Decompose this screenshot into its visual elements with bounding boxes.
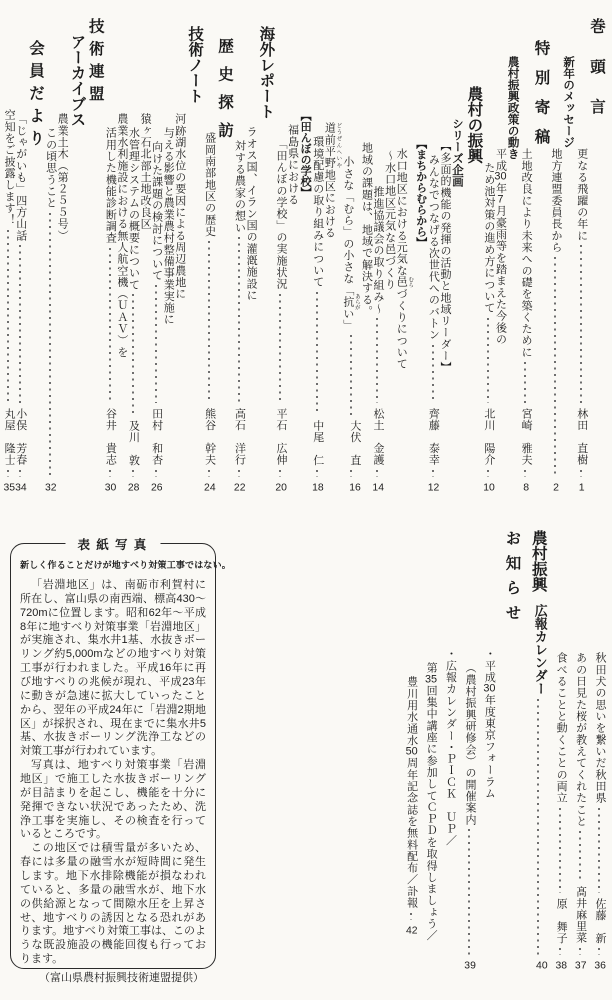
leader-dots xyxy=(593,944,605,958)
section-header-kantogen: 巻頭言 xyxy=(587,10,605,492)
toc-item-author: 小俣 芳春 xyxy=(14,408,26,465)
toc-item-title: 「田んぼの学校」の実施状況 xyxy=(274,138,286,290)
leader-dots xyxy=(150,466,162,480)
toc-item-title: 更なる飛躍の年に xyxy=(575,148,587,241)
section-header-rekishi: 歴史探訪 xyxy=(215,10,233,492)
leader-dots xyxy=(233,233,245,406)
toc-item-title: ・広報カレンダー・ＰＩＣＫ ＵＰ／ xyxy=(444,648,456,846)
toc-item: 盛岡南部地区の歴史 熊谷 幹夫 24 xyxy=(203,10,215,492)
toc-item-line: 水管理システムの概要について 及川 敦 28 xyxy=(127,10,139,492)
section-subheader-series: シリーズ企画 xyxy=(450,10,464,492)
toc-item-author: 北川 陽介 xyxy=(482,408,494,465)
toc-item-title: この頃思うこと xyxy=(44,127,56,209)
subsection-header-tanbo: 【田んぼの学校】 xyxy=(298,10,312,492)
leader-dots xyxy=(127,466,139,480)
toc-item-title: 豊川用水通水50周年記念誌を無料配布／訃報 xyxy=(405,676,417,909)
section-header-renmei: 技術連盟 xyxy=(85,10,103,492)
leader-dots xyxy=(405,909,417,923)
subsection-header-label: 【田んぼの学校】 xyxy=(299,110,311,198)
toc-item-author: 高石 洋行 xyxy=(233,408,245,465)
toc-item-author: 平石 広伸 xyxy=(274,408,286,465)
leader-dots xyxy=(575,241,587,406)
leader-dots xyxy=(274,466,286,480)
toc-item-author: 中尾 仁 xyxy=(311,420,323,466)
section-header-koho-calendar: 農村振興 広報カレンダー 40 xyxy=(528,520,546,970)
toc-item-title: 対する農家の想い xyxy=(233,140,245,233)
toc-item-title: 地方連盟委員長から xyxy=(549,148,561,253)
leader-dots xyxy=(311,466,323,480)
toc-item-author: 佐藤 新 xyxy=(593,898,605,944)
toc-item-page: 38 xyxy=(555,960,567,971)
leader-dots xyxy=(233,466,245,480)
toc-item-line: 地域の課題は、地域で解決する。 xyxy=(360,10,372,492)
toc-item-page: 18 xyxy=(311,482,323,493)
toc-item: 秋田犬の思いを繋いだ秋田県 佐藤 新 36 xyxy=(593,520,605,970)
toc-item: 地方連盟委員長から 2 xyxy=(549,10,561,492)
section-subheader-label: シリーズ企画 xyxy=(451,118,463,187)
leader-dots xyxy=(372,314,384,406)
toc-item-line: 対する農家の想い 高石 洋行 22 xyxy=(233,10,245,492)
toc-item-page: 28 xyxy=(127,482,139,493)
section-header-label: 技術ノート xyxy=(186,26,202,104)
toc-item-page: 16 xyxy=(341,482,360,493)
toc-item-line: 向けた課題の検討について 田村 和杏 26 xyxy=(150,10,162,492)
toc-item-line: ・広報カレンダー・ＰＩＣＫ ＵＰ／ xyxy=(444,520,456,970)
toc-item-author: 谷井 貴志 xyxy=(104,408,116,465)
toc-item-page: 10 xyxy=(482,482,494,493)
toc-item: 食べることと動くことの両立 原 舞子 38 xyxy=(555,520,567,970)
section-header-kaigai: 海外レポート xyxy=(256,10,274,492)
leader-dots xyxy=(3,466,15,480)
toc-item: 空知をご披露します！ 丸屋 隆士 35 xyxy=(3,10,15,492)
toc-item-line: みんなでつなげる次世代へのバトン 齊藤 泰幸 12 xyxy=(427,10,439,492)
section-header-label: お知らせ xyxy=(503,530,519,629)
section-header-label: 広報カレンダー xyxy=(528,604,546,695)
toc-item-title: 環境配慮の取り組みについて xyxy=(311,136,323,288)
section-header-label: 歴史探訪 xyxy=(216,38,232,150)
section-header-label: アーカイブス xyxy=(68,34,84,127)
toc-item-author: 髙井麻里菜 xyxy=(574,886,586,943)
toc-bottom-block: 秋田犬の思いを繋いだ秋田県 佐藤 新 36 あの日見た桜が教えてくれたこと 髙井… xyxy=(405,520,605,970)
toc-item-title: 秋田犬の思いを繋いだ秋田県 xyxy=(593,652,605,804)
toc-item-line: ラオス国、イラン国の灌漑施設に xyxy=(245,10,257,492)
cover-photo-paragraph: この地区では積雪量が多いため、春には多量の融雪水が短時間に発生します。地下水排除… xyxy=(20,842,206,967)
toc-item-line: 環境配慮の取り組みについて 中尾 仁 18 xyxy=(311,10,323,492)
toc-item-line: ～水口地区元気な邑づくり xyxy=(383,10,395,492)
section-header-archives: アーカイブス xyxy=(67,10,85,492)
toc-item-page: 39 xyxy=(463,960,475,971)
leader-dots xyxy=(274,290,286,407)
section-header-kaiin: 会員だより xyxy=(26,10,44,492)
leader-dots xyxy=(127,290,139,417)
section-header-shinnen: 新年のメッセージ xyxy=(561,10,575,492)
toc-item-line: 河跡湖水位の要因による周辺農地に xyxy=(173,10,185,492)
toc-item-title: 土地改良により未来への礎を築くために xyxy=(520,148,532,358)
toc-item-page: 32 xyxy=(44,482,56,493)
cover-photo-box: 表紙写真 新しく作ることだけが地すべり対策工事ではない。 「岩淵地区」は、南砺市… xyxy=(10,543,216,969)
toc-item-title: 道前平野どうぜんへいや地区における xyxy=(323,122,342,239)
cover-photo-box-title: 表紙写真 xyxy=(65,535,160,553)
toc-item-line: 活用した機能診断調査 谷井 貴志 30 xyxy=(104,10,116,492)
toc-item-title: 福島県における xyxy=(286,124,298,206)
toc-item-author: 原 舞子 xyxy=(555,898,567,944)
cover-photo-credit: （富山県農村振興技術連盟提供） xyxy=(20,969,204,985)
toc-item-page: 20 xyxy=(274,482,286,493)
toc-item-page: 22 xyxy=(233,482,245,493)
section-header-noson-shinko: 農村の振興 xyxy=(464,10,482,492)
toc-item-title: 食べることと動くことの両立 xyxy=(555,652,567,804)
cover-photo-paragraph: 写真は、地すべり対策事業「岩淵地区」で施工した水抜きボーリングが目詰まりを起こし… xyxy=(20,759,206,842)
toc-item-title: 与える影響と農業農村整備事業実施に xyxy=(162,127,174,325)
toc-item-title: 空知をご披露します！ xyxy=(3,109,15,226)
toc-item-line: 農業水利施設における無人航空機（ＵＡＶ）を xyxy=(115,10,127,492)
toc-item-title: 平成30年7月豪雨等を踏まえた今後の xyxy=(494,148,506,345)
toc-item-line: 推進協議会の取り組み～ 松土 金護 14 xyxy=(372,10,384,492)
toc-item-line: 平成30年7月豪雨等を踏まえた今後の xyxy=(494,10,506,492)
leader-dots xyxy=(482,314,494,407)
leader-dots xyxy=(574,827,586,884)
toc-item-title: 第35回集中講座に参加してＣＰＤを取得しましょう／ xyxy=(425,662,437,941)
leader-dots xyxy=(463,825,475,957)
toc-item-title: ～水口地区元気な邑づくり xyxy=(383,150,395,290)
toc-item-author: 大伏 直 xyxy=(341,420,360,466)
toc-item-line: この頃思うこと 32 xyxy=(44,10,56,492)
toc-item-line: 農業土木（第２５５号） xyxy=(56,10,68,492)
toc-item-title: ・平成30年度東京フォーラム xyxy=(483,648,495,799)
toc-item-page: 12 xyxy=(427,482,439,493)
leader-dots xyxy=(203,237,215,406)
section-header-tokubetsu: 特別寄稿 xyxy=(531,10,549,492)
toc-item-title: 水口地区における元気な邑むらづくりについて xyxy=(395,148,414,370)
toc-item-author: 松土 金護 xyxy=(372,408,384,465)
toc-item-page: 37 xyxy=(574,960,586,971)
toc-item: あの日見た桜が教えてくれたこと 髙井麻里菜 37 xyxy=(574,520,586,970)
leader-dots xyxy=(575,466,587,480)
leader-dots xyxy=(427,341,439,407)
toc-item-title: 小さな「むら」の小さな「抗あらがい」 xyxy=(341,156,360,331)
toc-item-title: ラオス国、イラン国の灌漑施設に xyxy=(245,126,257,301)
leader-dots xyxy=(3,226,15,407)
toc-item-title: 【多面的機能の発揮の活動と地域リーダー】 xyxy=(438,140,450,373)
toc-item-line: （農村振興研修会）の開催案内 39 xyxy=(463,520,475,970)
leader-dots xyxy=(44,209,56,480)
toc-item-author: 丸屋 隆士 xyxy=(3,408,15,465)
toc-item-title: みんなでつなげる次世代へのバトン xyxy=(427,154,439,341)
toc-item-page: 40 xyxy=(528,960,546,971)
toc-item-line: 小さな「むら」の小さな「抗あらがい」 大伏 直 16 xyxy=(341,10,360,492)
section-header-label: 技術連盟 xyxy=(86,18,102,108)
leader-dots xyxy=(341,466,360,480)
toc-item-author: 熊谷 幹夫 xyxy=(203,408,215,465)
toc-page: { "toc": { "sections": [ { "header": "巻頭… xyxy=(0,0,612,1000)
toc-item-title: 盛岡南部地区の歴史 xyxy=(203,132,215,237)
toc-item-line: 道前平野どうぜんへいや地区における xyxy=(323,10,342,492)
section-header-label: 農村の振興 xyxy=(465,86,481,164)
toc-item-author: 齊藤 泰幸 xyxy=(427,408,439,465)
leader-dots xyxy=(520,358,532,406)
toc-item-title: 活用した機能診断調査 xyxy=(104,127,116,244)
section-header-label: 農村振興政策の動き xyxy=(507,56,519,160)
toc-item-line: 福島県における xyxy=(286,10,298,492)
leader-dots xyxy=(311,288,323,418)
section-header-label: 巻頭言 xyxy=(588,18,604,139)
toc-item-title: 農業土木（第２５５号） xyxy=(56,113,68,241)
toc-item-title: 地域の課題は、地域で解決する。 xyxy=(360,142,372,317)
leader-dots xyxy=(14,466,26,480)
leader-dots xyxy=(520,466,532,480)
toc-item-title: 「じゃがいも」四方山話 xyxy=(14,113,26,241)
toc-item-page: 34 xyxy=(14,482,26,493)
subsection-header-label: 【まちからむらから】 xyxy=(414,138,426,248)
toc-top-block: 巻頭言 更なる飛躍の年に 林田 直樹 1 新年のメッセージ 地方連盟委員長から … xyxy=(2,10,605,492)
toc-item-page: 14 xyxy=(372,482,384,493)
leader-dots xyxy=(593,804,605,896)
leader-dots xyxy=(427,466,439,480)
leader-dots xyxy=(104,244,116,407)
toc-item-line: 猿ヶ石北部土地改良区 xyxy=(139,10,151,492)
section-header-label: 会員だより xyxy=(27,40,43,152)
cover-photo-paragraph: 「岩淵地区」は、南砺市利賀村に所在し、富山県の南西端、標高430～720mに位置… xyxy=(20,579,206,759)
toc-item-title: 水管理システムの概要について xyxy=(127,127,139,290)
toc-item-title: （農村振興研修会）の開催案内 xyxy=(463,662,475,825)
toc-item-line: 「田んぼの学校」の実施状況 平石 広伸 20 xyxy=(274,10,286,492)
toc-item-title: あの日見た桜が教えてくれたこと xyxy=(574,652,586,827)
leader-dots xyxy=(14,241,26,406)
toc-item-page: 1 xyxy=(575,482,587,493)
cover-photo-lead: 新しく作ることだけが地すべり対策工事ではない。 xyxy=(20,558,206,571)
leader-dots xyxy=(555,804,567,896)
section-header-label: 特別寄稿 xyxy=(532,40,548,158)
leader-dots xyxy=(482,466,494,480)
toc-item-page: 24 xyxy=(203,482,215,493)
toc-item-title: 河跡湖水位の要因による周辺農地に xyxy=(173,113,185,300)
leader-dots xyxy=(150,281,162,406)
toc-item-page: 42 xyxy=(405,925,417,936)
toc-item-title: 推進協議会の取り組み～ xyxy=(372,186,384,314)
toc-item-line: 豊川用水通水50周年記念誌を無料配布／訃報 42 xyxy=(405,520,417,970)
leader-dots xyxy=(372,466,384,480)
section-header-label: 海外レポート xyxy=(257,26,273,119)
toc-item-title: ため池対策の進め方について xyxy=(482,162,494,314)
section-header-gijutsu-note: 技術ノート xyxy=(185,10,203,492)
toc-item-author: 林田 直樹 xyxy=(575,408,587,465)
toc-item-page: 35 xyxy=(3,482,15,493)
toc-item-title: 向けた課題の検討について xyxy=(150,141,162,281)
toc-item: 土地改良により未来への礎を築くために 宮崎 雅夫 8 xyxy=(520,10,532,492)
section-header-oshirase: お知らせ xyxy=(502,520,520,970)
toc-item-page: 30 xyxy=(104,482,116,493)
toc-item: 「じゃがいも」四方山話 小俣 芳春 34 xyxy=(14,10,26,492)
section-header-seisaku: 農村振興政策の動き xyxy=(506,10,520,492)
toc-item-line: 第35回集中講座に参加してＣＰＤを取得しましょう／ xyxy=(425,520,437,970)
header-gap xyxy=(528,592,546,604)
subsection-header-machikara: 【まちからむらから】 xyxy=(413,10,427,492)
toc-item-line: ・平成30年度東京フォーラム xyxy=(483,520,495,970)
toc-item-line: 与える影響と農業農村整備事業実施に xyxy=(162,10,174,492)
section-header-label: 新年のメッセージ xyxy=(562,56,574,148)
toc-item-page: 36 xyxy=(593,960,605,971)
toc-item-title: 農業水利施設における無人航空機（ＵＡＶ）を xyxy=(115,113,127,358)
toc-item-line: 水口地区における元気な邑むらづくりについて xyxy=(395,10,414,492)
leader-dots xyxy=(203,466,215,480)
toc-item-page: 26 xyxy=(150,482,162,493)
toc-item-title: 猿ヶ石北部土地改良区 xyxy=(139,113,151,230)
toc-item: 更なる飛躍の年に 林田 直樹 1 xyxy=(575,10,587,492)
section-header-label: 農村振興 xyxy=(529,530,545,592)
toc-item-line: 【多面的機能の発揮の活動と地域リーダー】 xyxy=(438,10,450,492)
toc-item-page: 2 xyxy=(549,482,561,493)
leader-dots xyxy=(341,331,360,418)
toc-item-author: 及川 敦 xyxy=(127,420,139,466)
leader-dots xyxy=(555,944,567,958)
leader-dots xyxy=(104,466,116,480)
leader-dots xyxy=(528,695,546,958)
toc-item-line: ため池対策の進め方について 北川 陽介 10 xyxy=(482,10,494,492)
toc-item-author: 田村 和杏 xyxy=(150,408,162,465)
leader-dots xyxy=(549,253,561,480)
toc-item-page: 8 xyxy=(520,482,532,493)
leader-dots xyxy=(574,944,586,958)
toc-item-author: 宮崎 雅夫 xyxy=(520,408,532,465)
